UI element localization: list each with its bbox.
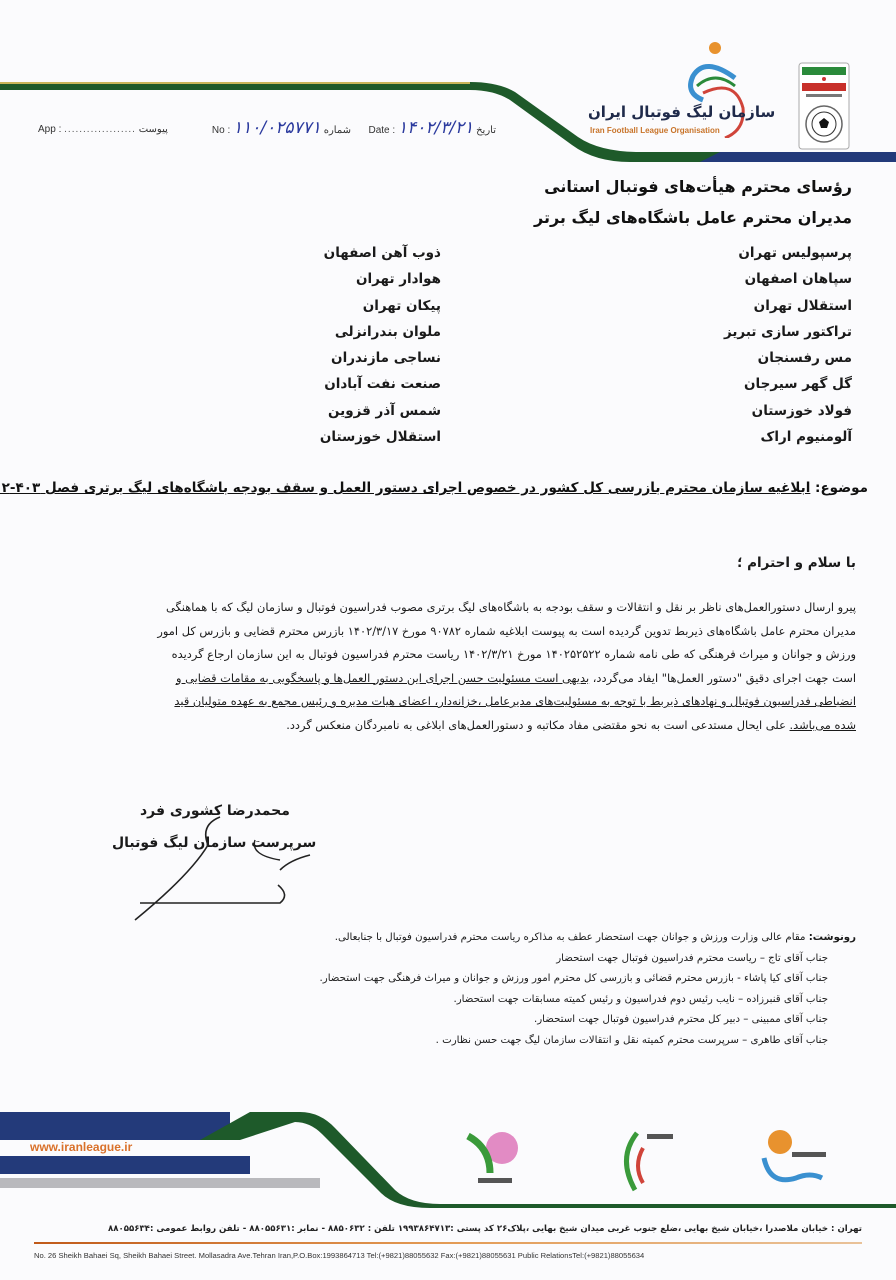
body-line-part: است جهت اجرای دقیق "دستور العمل‌ها" ایفا… bbox=[593, 671, 856, 685]
body-line-part: علی ایحال مستدعی است به نحو مقتضی مفاد م… bbox=[286, 718, 786, 732]
cc-item: جناب آقای کیا پاشاء - بازرس محترم قضائی … bbox=[320, 969, 856, 990]
date-label-fa: تاریخ bbox=[476, 125, 496, 136]
addressee-title-2: مدیران محترم عامل باشگاه‌های لیگ برتر bbox=[534, 208, 852, 227]
cc-item: جناب آقای قنبرزاده – نایب رئیس دوم فدراس… bbox=[320, 990, 856, 1011]
federation-crest-logo bbox=[798, 62, 850, 150]
body-line: مدیران محترم عامل باشگاه‌های ذیربط تدوین… bbox=[156, 620, 856, 644]
address-fa: تهران : خیابان ملاصدرا ،خیابان شیخ بهایی… bbox=[108, 1224, 862, 1234]
subject-label: موضوع: bbox=[815, 480, 868, 496]
club-item: پیکان تهران bbox=[320, 293, 441, 319]
number-value: ۱۱۰/۰۲۵۷۷۱ bbox=[233, 118, 321, 138]
iran-football-league-logo bbox=[585, 38, 755, 138]
handwritten-signature bbox=[130, 815, 330, 925]
club-item: ملوان بندرانزلی bbox=[320, 319, 441, 345]
addressee-title-1: رؤسای محترم هیأت‌های فوتبال استانی bbox=[544, 177, 852, 196]
cc-lead-row: رونوشت: مقام عالی وزارت ورزش و جوانان جه… bbox=[320, 928, 856, 949]
date-label-en: Date : bbox=[368, 125, 395, 136]
club-item: استقلال خوزستان bbox=[320, 424, 441, 450]
cc-label: رونوشت: bbox=[809, 932, 856, 943]
body-line-underlined: انضباطی فدراسیون فوتبال و نهادهای ذیربط … bbox=[156, 690, 856, 714]
club-item: فولاد خوزستان bbox=[724, 398, 852, 424]
body-line: پیرو ارسال دستورالعمل‌های ناظر بر نقل و … bbox=[156, 596, 856, 620]
club-item: سپاهان اصفهان bbox=[724, 266, 852, 292]
subject-line: موضوع: ابلاغیه سازمان محترم بازرسی کل کش… bbox=[0, 480, 868, 496]
cc-item: جناب آقای طاهری – سرپرست محترم کمیته نقل… bbox=[320, 1031, 856, 1052]
cc-item: جناب آقای ممبینی – دبیر کل محترم فدراسیو… bbox=[320, 1010, 856, 1031]
date-value: ۱۴۰۲/۳/۲۱ bbox=[398, 118, 473, 138]
greeting: با سلام و احترام ؛ bbox=[737, 555, 856, 571]
club-item: مس رفسنجان bbox=[724, 345, 852, 371]
club-item: گل گهر سیرجان bbox=[724, 371, 852, 397]
club-item: پرسپولیس تهران bbox=[724, 240, 852, 266]
date-field: Date : ۱۴۰۲/۳/۲۱ تاریخ bbox=[368, 118, 496, 142]
number-label-en: No : bbox=[212, 125, 230, 136]
body-line-underlined: بدیهی است مسئولیت حسن اجرای این دستور ال… bbox=[176, 671, 589, 685]
number-label-fa: شماره bbox=[324, 125, 351, 136]
attachment-field: App : ................... پیوست bbox=[38, 124, 168, 148]
org-name-en: Iran Football League Organisation bbox=[590, 126, 720, 135]
club-list-right: پرسپولیس تهران سپاهان اصفهان استقلال تهر… bbox=[724, 240, 852, 450]
letter-body: پیرو ارسال دستورالعمل‌های ناظر بر نقل و … bbox=[156, 596, 856, 737]
azadegan-league-logo bbox=[615, 1128, 685, 1193]
club-item: استقلال تهران bbox=[724, 293, 852, 319]
body-line: است جهت اجرای دقیق "دستور العمل‌ها" ایفا… bbox=[156, 667, 856, 691]
womens-league-logo bbox=[460, 1128, 530, 1193]
body-line: ورزش و جوانان و میراث فرهنگی که طی نامه … bbox=[156, 643, 856, 667]
footer-divider bbox=[34, 1242, 862, 1244]
attachment-dots: ................... bbox=[64, 124, 136, 135]
body-line: شده می‌باشد. علی ایحال مستدعی است به نحو… bbox=[156, 714, 856, 738]
attachment-label-en: App : bbox=[38, 124, 61, 135]
org-name-fa: سازمان لیگ فوتبال ایران bbox=[588, 103, 775, 121]
website-link[interactable]: www.iranleague.ir bbox=[30, 1140, 132, 1154]
cc-lead-text: مقام عالی وزارت ورزش و جوانان جهت استحضا… bbox=[335, 932, 806, 943]
cc-item: جناب آقای تاج – ریاست محترم فدراسیون فوت… bbox=[320, 949, 856, 970]
cc-list: رونوشت: مقام عالی وزارت ورزش و جوانان جه… bbox=[320, 928, 856, 1051]
club-item: آلومنیوم اراک bbox=[724, 424, 852, 450]
attachment-label-fa: پیوست bbox=[139, 124, 168, 135]
persian-gulf-pro-league-logo bbox=[760, 1128, 830, 1193]
club-item: نساجی مازندران bbox=[320, 345, 441, 371]
body-line-underlined: شده می‌باشد. bbox=[790, 718, 857, 732]
subject-text: ابلاغیه سازمان محترم بازرسی کل کشور در خ… bbox=[0, 480, 810, 496]
club-item: تراکتور سازی تبریز bbox=[724, 319, 852, 345]
address-en: No. 26 Sheikh Bahaei Sq, Sheikh Bahaei S… bbox=[34, 1251, 644, 1260]
club-item: هوادار تهران bbox=[320, 266, 441, 292]
number-field: No : ۱۱۰/۰۲۵۷۷۱ شماره bbox=[212, 118, 351, 142]
club-item: ذوب آهن اصفهان bbox=[320, 240, 441, 266]
club-item: شمس آذر قزوین bbox=[320, 398, 441, 424]
club-item: صنعت نفت آبادان bbox=[320, 371, 441, 397]
club-list-left: ذوب آهن اصفهان هوادار تهران پیکان تهران … bbox=[320, 240, 441, 450]
